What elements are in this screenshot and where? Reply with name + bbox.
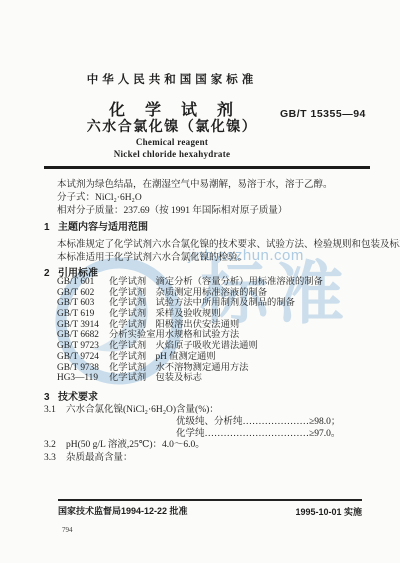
intro-paragraph: 本试剂为绿色结晶，在潮湿空气中易潮解，易溶于水，溶于乙醇。 <box>57 176 333 190</box>
approval-text: 国家技术监督局1994-12-22 批准 <box>58 504 188 517</box>
reference-code: GB/T 603 <box>57 298 109 309</box>
reference-row: GB/T 6682分析实验室用水规格和试验方法 <box>57 330 323 341</box>
national-standard-title: 中华人民共和国国家标准 <box>0 71 344 87</box>
document-title-english-line2: Nickel chloride hexahydrate <box>0 149 344 159</box>
reference-row: HG3—119化学试剂 包装及标志 <box>57 373 323 384</box>
section-number: 2 <box>44 268 58 279</box>
reference-body: 化学试剂 水不溶物测定通用方法 <box>109 363 248 373</box>
reference-code: GB/T 9724 <box>57 352 109 363</box>
reference-row: GB/T 9723化学试剂 火焰原子吸收光谱法通则 <box>57 341 323 352</box>
reference-body: 分析实验室用水规格和试验方法 <box>109 330 239 340</box>
footer-divider <box>58 499 362 501</box>
standard-number: GB/T 15355—94 <box>280 108 366 120</box>
section-number: 1 <box>44 222 58 233</box>
reference-body: 化学试剂 火焰原子吸收光谱法通则 <box>109 341 258 351</box>
molar-mass-line: 相对分子质量：237.69（按 1991 年国际相对原子质量） <box>57 202 287 216</box>
reference-row: GB/T 602化学试剂 杂质测定用标准溶液的制备 <box>57 288 323 299</box>
reference-code: GB/T 602 <box>57 288 109 299</box>
reference-body: 化学试剂 阳极溶出伏安法通则 <box>109 320 239 330</box>
molecular-formula-line: 分子式：NiCl₂·6H₂O <box>57 189 142 203</box>
reference-code: GB/T 601 <box>57 277 109 288</box>
header-divider <box>44 166 370 169</box>
reference-row: GB/T 619化学试剂 采样及验收规则 <box>57 309 323 320</box>
clause-number: 3.3 <box>44 453 64 463</box>
section-1-paragraph: 本标准适用于化学试剂六水合氯化镍的检验。 <box>57 249 247 263</box>
reference-code: GB/T 3914 <box>57 320 109 331</box>
reference-code: GB/T 9738 <box>57 363 109 374</box>
reference-row: GB/T 601化学试剂 滴定分析（容量分析）用标准溶液的制备 <box>57 277 323 288</box>
clause-3-2: 3.2pH(50 g/L 溶液,25℃)：4.0～6.0。 <box>44 436 205 450</box>
reference-row: GB/T 3914化学试剂 阳极溶出伏安法通则 <box>57 320 323 331</box>
reference-code: GB/T 619 <box>57 309 109 320</box>
reference-body: 化学试剂 试验方法中所用制剂及制品的制备 <box>109 298 295 308</box>
reference-body: 化学试剂 采样及验收规则 <box>109 309 221 319</box>
references-list: GB/T 601化学试剂 滴定分析（容量分析）用标准溶液的制备 GB/T 602… <box>57 277 323 384</box>
reference-body: 化学试剂 杂质测定用标准溶液的制备 <box>109 288 267 298</box>
reference-body: 化学试剂 滴定分析（容量分析）用标准溶液的制备 <box>109 277 323 287</box>
reference-code: HG3—119 <box>57 373 109 384</box>
reference-row: GB/T 9738化学试剂 水不溶物测定通用方法 <box>57 363 323 374</box>
reference-code: GB/T 6682 <box>57 330 109 341</box>
clause-number: 3.1 <box>44 405 64 415</box>
reference-code: GB/T 9723 <box>57 341 109 352</box>
section-1-paragraph: 本标准规定了化学试剂六水合氯化镍的技术要求、试验方法、检验规则和包装及标志。 <box>57 236 400 250</box>
reference-row: GB/T 9724化学试剂 pH 值测定通则 <box>57 352 323 363</box>
document-title-english-line1: Chemical reagent <box>0 137 344 147</box>
section-1-heading: 1主题内容与适用范围 <box>44 218 148 233</box>
clause-text: 杂质最高含量： <box>66 453 133 463</box>
page-number: 794 <box>62 526 73 534</box>
section-title: 主题内容与适用范围 <box>58 222 148 233</box>
reference-body: 化学试剂 pH 值测定通则 <box>109 352 216 362</box>
reference-body: 化学试剂 包装及标志 <box>109 373 202 383</box>
implementation-text: 1995-10-01 实施 <box>250 505 362 518</box>
standard-document-page: jinbiaozhun.com 标准 中华人民共和国国家标准 化 学 试 剂 六… <box>0 0 400 563</box>
clause-3-3: 3.3杂质最高含量： <box>44 449 133 463</box>
reference-row: GB/T 603化学试剂 试验方法中所用制剂及制品的制备 <box>57 298 323 309</box>
